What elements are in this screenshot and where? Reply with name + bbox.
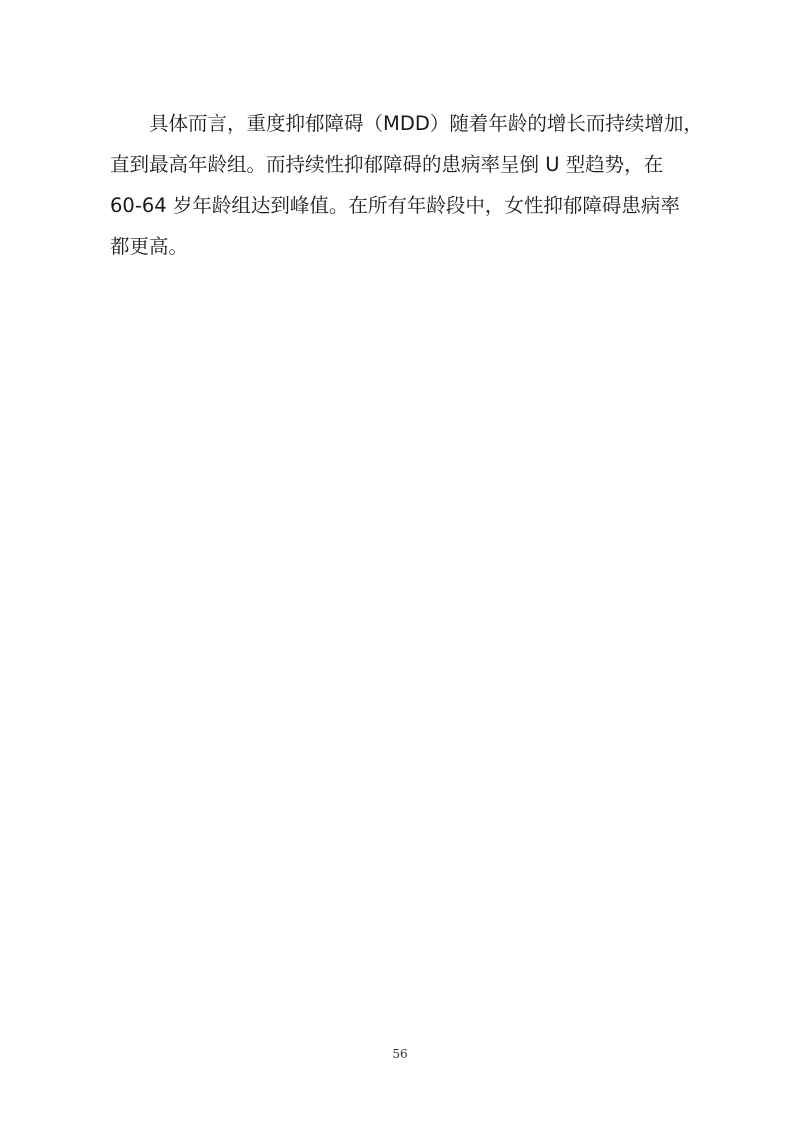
paragraph-line-2: 直到最高年龄组。而持续性抑郁障碍的患病率呈倒 U 型趋势，在 — [110, 144, 695, 185]
paragraph-line-1: 具体而言，重度抑郁障碍（MDD）随着年龄的增长而持续增加， — [110, 103, 695, 144]
document-page: 具体而言，重度抑郁障碍（MDD）随着年龄的增长而持续增加， 直到最高年龄组。而持… — [0, 0, 800, 1131]
paragraph-line-4: 都更高。 — [110, 226, 695, 267]
paragraph-line-3: 60-64 岁年龄组达到峰值。在所有年龄段中，女性抑郁障碍患病率 — [110, 185, 695, 226]
body-paragraph: 具体而言，重度抑郁障碍（MDD）随着年龄的增长而持续增加， 直到最高年龄组。而持… — [110, 103, 695, 267]
page-number: 56 — [0, 1047, 800, 1061]
